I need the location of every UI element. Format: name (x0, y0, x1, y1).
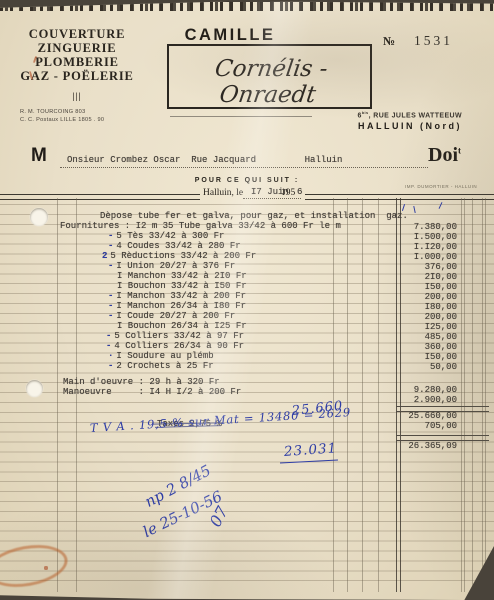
column-rule (378, 198, 379, 592)
pen-tick: - (106, 341, 111, 351)
company-name: Cornélis - Onraedt (168, 56, 370, 108)
line-text: I Manchon 26/34 à I80 Fr (116, 301, 246, 311)
column-rule (472, 198, 473, 592)
street-name: , RUE JULES WATTEEUW (369, 112, 462, 119)
invoice-line: -I Union 20/27 à 376 Fr (108, 261, 235, 271)
line-text: I Bouchon 26/34 à I25 Fr (117, 321, 247, 331)
invoice-line: -5 Tès 33/42 à 300 Fr (108, 231, 224, 241)
grand-total-amount: 26.365,09 (398, 441, 457, 451)
pen-check-mark (439, 202, 443, 209)
invoice-line: I Bouchon 26/34 à I25 Fr (114, 321, 247, 331)
invoice-line: -5 Colliers 33/42 à 97 Fr (106, 331, 244, 341)
rust-stain (0, 539, 71, 593)
date-rule-left (0, 194, 200, 200)
margin-rule (57, 198, 58, 592)
invoice-line: -4 Coudes 33/42 à 280 Fr (108, 241, 241, 251)
line-text: 5 Rèductions 33/42 à 200 Fr (110, 251, 256, 261)
line-amount: I.500,00 (398, 232, 457, 242)
line-text: 5 Tès 33/42 à 300 Fr (116, 231, 224, 241)
handwritten-tva-line: T V A . 19,5 % sur Mat = 13480 = 2629 (90, 405, 352, 435)
line-amount: 2I0,00 (398, 272, 457, 282)
line-text: 5 Colliers 33/42 à 97 Fr (114, 331, 244, 341)
pen-tick: 2 (102, 251, 107, 261)
handwritten-net-total: 23.031 (283, 440, 337, 460)
line-amount: I.000,00 (398, 252, 457, 262)
invoice-line: -I Coude 20/27 à 200 Fr (108, 311, 235, 321)
column-rule (461, 198, 462, 592)
line-amount: I50,00 (398, 282, 457, 292)
column-rule (333, 198, 334, 592)
line-amount: I50,00 (398, 352, 457, 362)
service-line: GAZ - POËLERIE (16, 69, 138, 83)
line-amount: 485,00 (398, 332, 457, 342)
handwritten-underline (280, 459, 338, 463)
invoice-line: I Bouchon 33/42 à I50 Fr (114, 281, 247, 291)
date-place: Halluin, le (203, 188, 243, 198)
invoice-line: -4 Colliers 26/34 à 90 Fr (106, 341, 244, 351)
year-printed: 195 (281, 188, 295, 198)
pen-tick: - (108, 311, 113, 321)
line-amount: 376,00 (398, 262, 457, 272)
labor-amount: 2.900,00 (398, 395, 457, 405)
invoice-line: -2 Crochets à 25 Fr (108, 361, 214, 371)
line-amount: I80,00 (398, 302, 457, 312)
torn-top-edge (0, 0, 494, 11)
pen-tick: - (106, 331, 111, 341)
line-text: 4 Colliers 26/34 à 90 Fr (114, 341, 244, 351)
line-text: I Coude 20/27 à 200 Fr (116, 311, 235, 321)
invoice-intro-line: Dèpose tube fer et galva, pour gaz, et i… (100, 211, 408, 221)
line-amount: 7.380,00 (398, 222, 457, 232)
rust-speck (44, 566, 48, 570)
doit-text: Doi (428, 144, 458, 166)
subtotal-amount: 25.660,00 (398, 411, 457, 421)
invoice-line: -I Manchon 33/42 à 200 Fr (108, 291, 246, 301)
line-text: I Bouchon 33/42 à I50 Fr (117, 281, 247, 291)
pen-tick: - (108, 361, 113, 371)
line-amount: 200,00 (398, 312, 457, 322)
labor-amount: 9.280,00 (398, 385, 457, 395)
registration-line: R. M. TOURCOING 803 (20, 108, 104, 116)
line-text: 4 Coudes 33/42 à 280 Fr (116, 241, 240, 251)
line-amount: 360,00 (398, 342, 457, 352)
customer-dotted-line (60, 166, 428, 168)
line-amount: I.I20,00 (398, 242, 457, 252)
divider-mark: ||| (16, 89, 138, 103)
column-rule (464, 198, 465, 592)
owner-first-name: CAMILLE (178, 26, 282, 45)
letterhead-services: COUVERTURE ZINGUERIE PLOMBERIE GAZ - POË… (16, 27, 138, 103)
doit-label: Doit (428, 144, 461, 167)
customer-name-typed: Onsieur Crombez Oscar Rue Jacquard Hallu… (67, 155, 342, 165)
line-text: I Union 20/27 à 376 Fr (116, 261, 235, 271)
labor-line: Manoeuvre : I4 H I/2 à 200 Fr (63, 387, 241, 397)
line-text: I Soudure au plémb (116, 351, 213, 361)
line-text: 2 Crochets à 25 Fr (116, 361, 213, 371)
amount-column-rule (396, 198, 397, 592)
column-rule (362, 198, 363, 592)
pen-tick: - (108, 261, 113, 271)
line-text: Fournitures : I2 m 35 Tube galva 33/42 à… (60, 221, 341, 231)
company-street: 6bis, RUE JULES WATTEEUW (302, 111, 462, 119)
pen-tick: - (108, 291, 113, 301)
punch-hole (30, 208, 48, 226)
pen-tick: - (108, 241, 113, 251)
paper-sheet: COUVERTURE ZINGUERIE PLOMBERIE GAZ - POË… (0, 0, 494, 600)
column-rule (482, 198, 483, 592)
scanned-invoice: COUVERTURE ZINGUERIE PLOMBERIE GAZ - POË… (0, 0, 494, 600)
pen-tick: - (108, 301, 113, 311)
company-city: HALLUIN (Nord) (302, 121, 462, 131)
service-line: COUVERTURE (16, 27, 138, 41)
salutation-m: M (31, 145, 47, 167)
registration-line: C. C. Postaux LILLE 1805 . 90 (20, 116, 104, 124)
line-text: I Manchon 33/42 à 200 Fr (116, 291, 246, 301)
number-symbol: № (383, 34, 395, 49)
printer-mark: IMP. DUMORTIER - HALLUIN (405, 184, 477, 189)
street-number-sup: bis (362, 111, 369, 115)
invoice-line: 25 Rèductions 33/42 à 200 Fr (102, 251, 256, 261)
column-rule (347, 198, 348, 592)
pen-tick: - (108, 231, 113, 241)
labor-line: Main d'oeuvre : 29 h à 320 Fr (63, 377, 220, 387)
column-rule (485, 198, 486, 592)
doit-sup: t (458, 145, 461, 155)
invoice-line: I Manchon 33/42 à 2I0 Fr (114, 271, 247, 281)
pen-check-mark (413, 206, 415, 213)
invoice-line: ·I Soudure au plémb (108, 351, 214, 361)
line-amount: 200,00 (398, 292, 457, 302)
pen-tick: · (108, 351, 113, 361)
invoice-line: -I Manchon 26/34 à I80 Fr (108, 301, 246, 311)
letterhead-registration: R. M. TOURCOING 803 C. C. Postaux LILLE … (20, 108, 104, 124)
service-line: ZINGUERIE (16, 41, 138, 55)
letterhead-rule (170, 116, 312, 117)
line-amount: 50,00 (398, 362, 457, 372)
line-text: I Manchon 33/42 à 2I0 Fr (117, 271, 247, 281)
line-amount: I25,00 (398, 322, 457, 332)
subject-line: POUR CE QUI SUIT : (177, 177, 317, 184)
pen-check-mark (402, 204, 405, 211)
invoice-line: Fournitures : I2 m 35 Tube galva 33/42 à… (57, 221, 341, 231)
taxes-amount: 705,00 (398, 421, 457, 431)
punch-hole (26, 380, 43, 397)
invoice-number: 1531 (414, 33, 453, 49)
year-typed: 6 (297, 187, 302, 197)
